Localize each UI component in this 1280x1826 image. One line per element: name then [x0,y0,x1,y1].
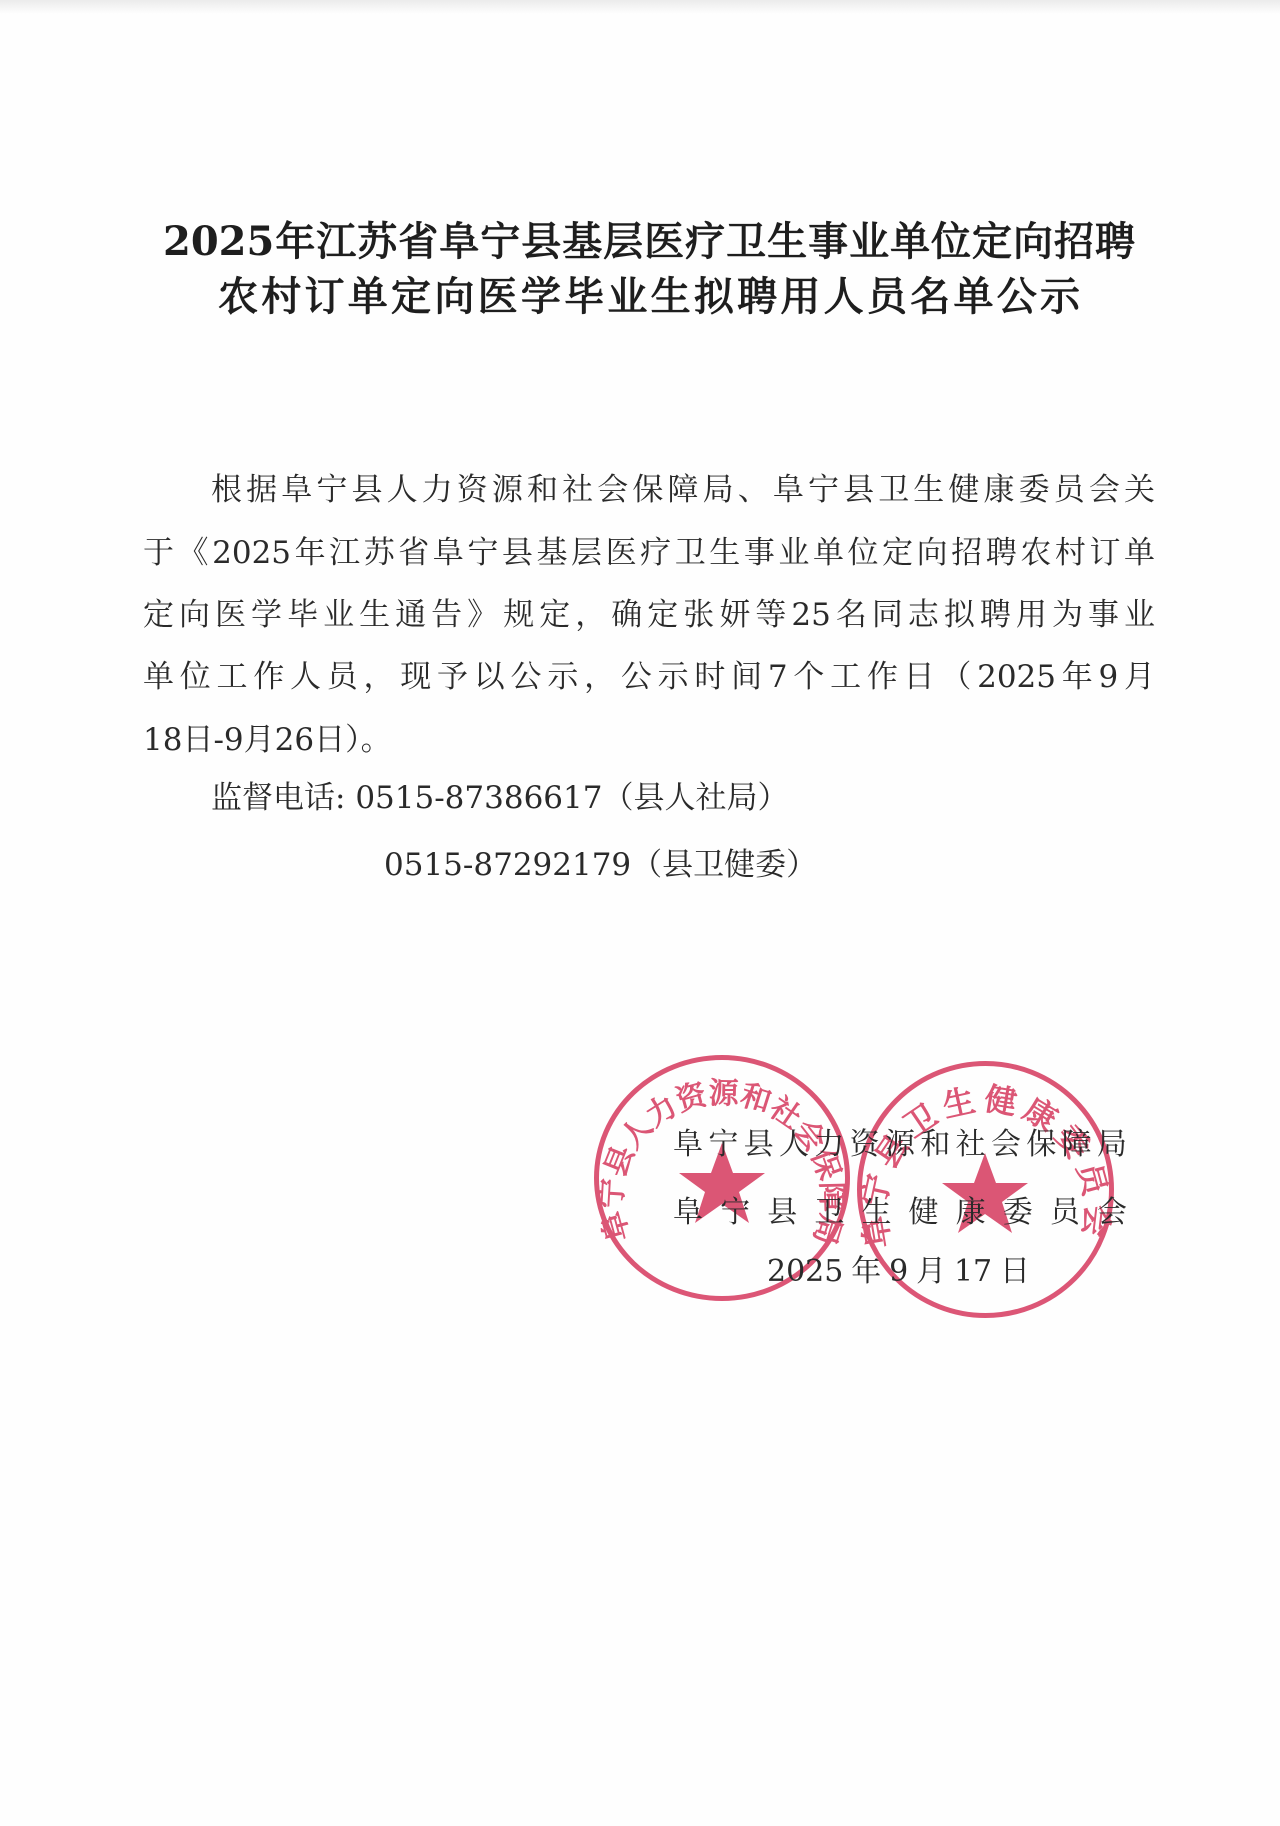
scan-shadow [0,0,1280,14]
title-line-1: 2025年江苏省阜宁县基层医疗卫生事业单位定向招聘 [163,214,1135,270]
title-line-2: 农村订单定向医学毕业生拟聘用人员名单公示 [218,269,1080,325]
body-line-1: 根据阜宁县人力资源和社会保障局、阜宁县卫生健康委员会关 [211,470,1155,510]
phone-number-hrss: 0515-87386617 [355,780,602,816]
signature-date: 2025年9月17日 [767,1252,1030,1292]
supervision-label: 监督电话: [211,780,345,816]
body-line-4: 单位工作人员，现予以公示，公示时间7个工作日（2025年9月 [143,657,1155,697]
body-line-5: 18日-9月26日）。 [143,720,443,760]
signature-org-2: 阜宁县卫生健康委员会 [673,1193,1127,1233]
phone-dept-health: （县卫健委） [631,847,817,883]
supervision-line-1: 监督电话: 0515-87386617（县人社局） [211,778,788,818]
phone-dept-hrss: （县人社局） [602,780,788,816]
body-line-3: 定向医学毕业生通告》规定，确定张妍等25名同志拟聘用为事业 [143,595,1155,635]
phone-number-health: 0515-87292179 [384,847,631,883]
body-line-2: 于《2025年江苏省阜宁县基层医疗卫生事业单位定向招聘农村订单 [143,533,1155,573]
supervision-line-2: 0515-87292179（县卫健委） [384,845,817,885]
signature-org-1: 阜宁县人力资源和社会保障局 [673,1125,1127,1165]
